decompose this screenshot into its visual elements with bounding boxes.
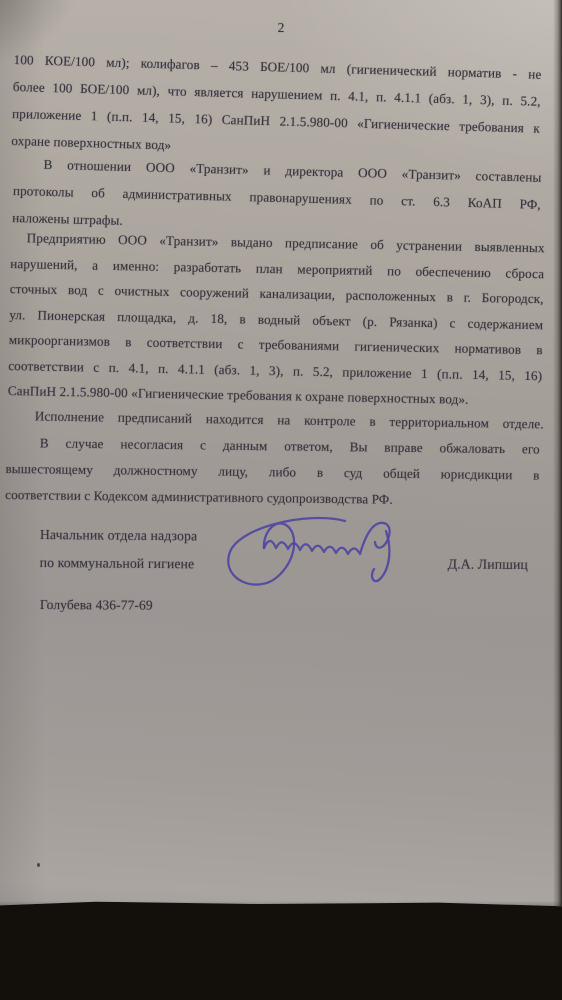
signer-title-line1: Начальник отдела надзора	[40, 521, 198, 550]
paper-right-edge-shadow	[553, 0, 562, 909]
contact-line: Голубева 436-77-69	[40, 597, 153, 614]
paper-speck	[37, 863, 40, 867]
photo-of-document: 2 100 КОЕ/100 мл); колифагов – 453 БОЕ/1…	[0, 0, 562, 1000]
page-number: 2	[0, 20, 562, 36]
paragraph-5: В случае несогласия с данным ответом, Вы…	[5, 430, 540, 515]
paragraph-3: Предприятию ООО «Транзит» выдано предпис…	[8, 225, 545, 414]
paragraph-1: 100 КОЕ/100 мл); колифагов – 453 БОЕ/100…	[11, 46, 542, 169]
paper-bottom-edge-shadow	[0, 901, 562, 909]
document-page: 2 100 КОЕ/100 мл); колифагов – 453 БОЕ/1…	[0, 0, 562, 909]
